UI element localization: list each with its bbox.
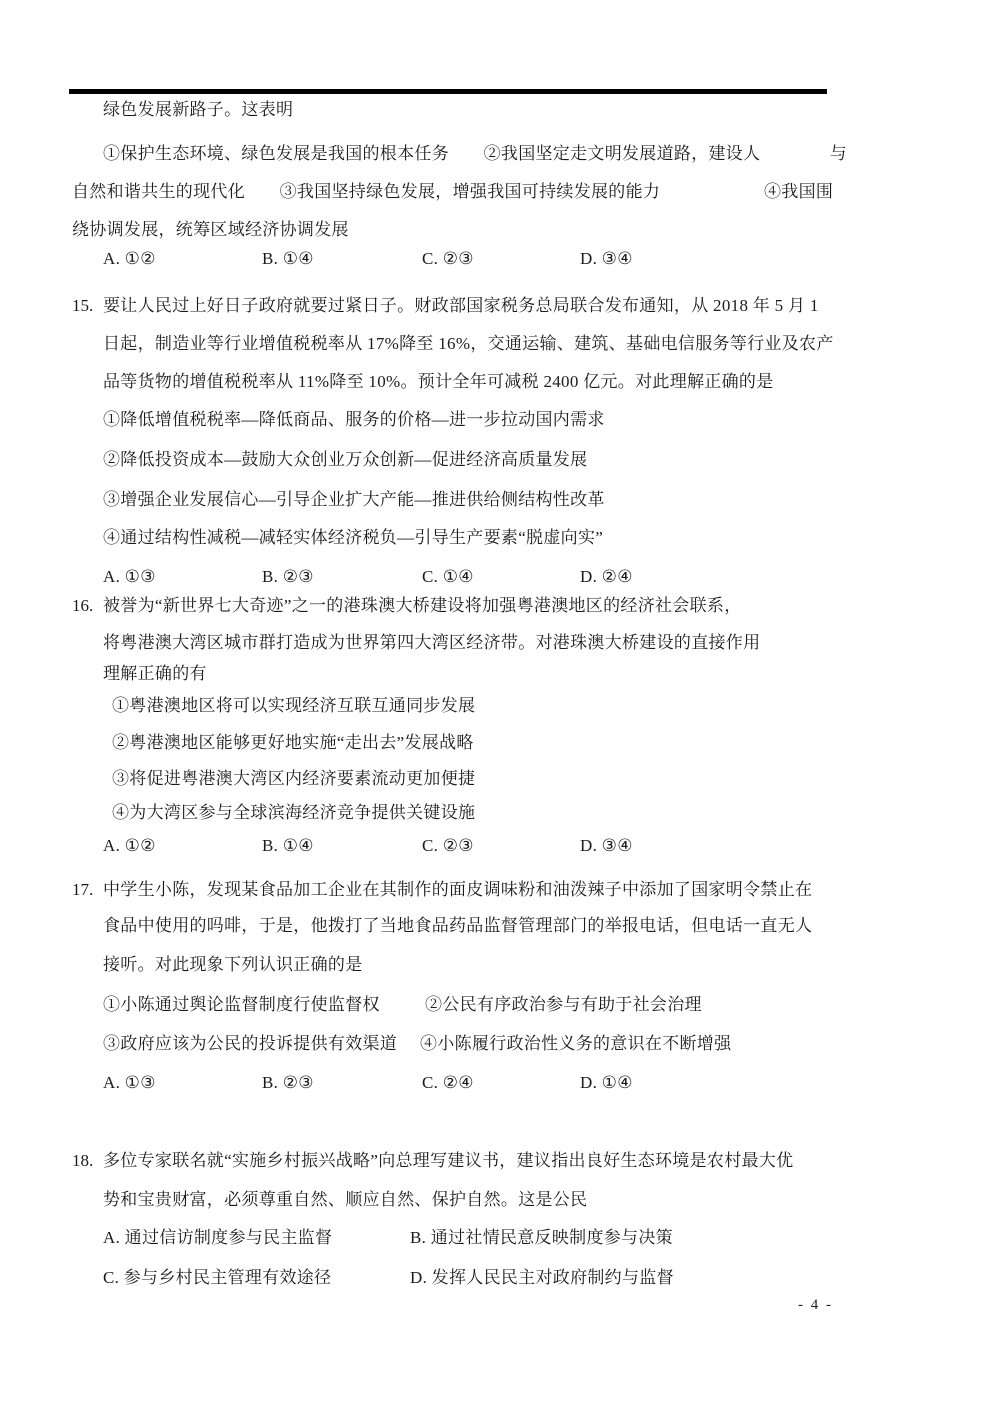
question-15-item: ③增强企业发展信心—引导企业扩大产能—推进供给侧结构性改革 xyxy=(103,491,605,510)
question-17-option-d: D. ①④ xyxy=(580,1074,633,1093)
question-16-option-d: D. ③④ xyxy=(580,837,633,856)
question-15-item: ④通过结构性减税—减轻实体经济税负—引导生产要素“脱虚向实” xyxy=(103,529,603,548)
intro-option-a: A. ①② xyxy=(103,250,156,269)
question-18-stem-line: 多位专家联名就“实施乡村振兴战略”向总理写建议书，建议指出良好生态环境是农村最大… xyxy=(103,1152,793,1171)
question-16-number: 16. xyxy=(72,597,93,616)
question-15-item: ②降低投资成本—鼓励大众创业万众创新—促进经济高质量发展 xyxy=(103,451,587,470)
question-17-stem-line: 中学生小陈，发现某食品加工企业在其制作的面皮调味粉和油泼辣子中添加了国家明令禁止… xyxy=(103,881,812,900)
top-horizontal-rule xyxy=(69,89,827,94)
question-16-item: ①粤港澳地区将可以实现经济互联互通同步发展 xyxy=(112,697,475,716)
question-16-option-b: B. ①④ xyxy=(262,837,314,856)
question-15-stem-line: 要让人民过上好日子政府就要过紧日子。财政部国家税务总局联合发布通知，从 2018… xyxy=(103,297,819,316)
question-17-item: ②公民有序政治参与有助于社会治理 xyxy=(425,996,702,1015)
question-15-option-a: A. ①③ xyxy=(103,568,156,587)
question-17-option-b: B. ②③ xyxy=(262,1074,314,1093)
question-17-stem-line: 接听。对此现象下列认识正确的是 xyxy=(103,956,363,975)
question-15-option-b: B. ②③ xyxy=(262,568,314,587)
intro-option-b: B. ①④ xyxy=(262,250,314,269)
question-17-number: 17. xyxy=(72,881,93,900)
question-16-option-c: C. ②③ xyxy=(422,837,474,856)
page-number: - 4 - xyxy=(798,1297,833,1314)
question-15-option-d: D. ②④ xyxy=(580,568,633,587)
question-15-item: ①降低增值税税率—降低商品、服务的价格—进一步拉动国内需求 xyxy=(103,411,605,430)
question-15-option-c: C. ①④ xyxy=(422,568,474,587)
question-15-stem-line: 日起，制造业等行业增值税税率从 17%降至 16%，交通运输、建筑、基础电信服务… xyxy=(103,335,834,354)
question-17-item: ③政府应该为公民的投诉提供有效渠道 xyxy=(103,1035,397,1054)
question-16-item: ②粤港澳地区能够更好地实施“走出去”发展战略 xyxy=(112,734,474,753)
question-17-item: ①小陈通过舆论监督制度行使监督权 xyxy=(103,996,380,1015)
question-18-option-b: B. 通过社情民意反映制度参与决策 xyxy=(410,1229,673,1248)
question-15-number: 15. xyxy=(72,297,93,316)
question-16-item: ③将促进粤港澳大湾区内经济要素流动更加便捷 xyxy=(112,770,475,789)
question-16-stem-line: 理解正确的有 xyxy=(103,665,207,684)
question-18-stem-line: 势和宝贵财富，必须尊重自然、顺应自然、保护自然。这是公民 xyxy=(103,1191,587,1210)
question-16-item: ④为大湾区参与全球滨海经济竞争提供关键设施 xyxy=(112,804,475,823)
question-17-option-a: A. ①③ xyxy=(103,1074,156,1093)
question-16-stem-line: 被誉为“新世界七大奇迹”之一的港珠澳大桥建设将加强粤港澳地区的经济社会联系， xyxy=(103,597,742,616)
question-17-option-c: C. ②④ xyxy=(422,1074,474,1093)
intro-line: 自然和谐共生的现代化 ③我国坚持绿色发展，增强我国可持续发展的能力 ④我国围 xyxy=(72,183,833,202)
question-18-option-c: C. 参与乡村民主管理有效途径 xyxy=(103,1269,331,1288)
question-18-option-d: D. 发挥人民民主对政府制约与监督 xyxy=(410,1269,674,1288)
exam-page: 绿色发展新路子。这表明 ①保护生态环境、绿色发展是我国的根本任务 ②我国坚定走文… xyxy=(0,0,992,1403)
question-17-item: ④小陈履行政治性义务的意识在不断增强 xyxy=(420,1035,731,1054)
question-18-option-a: A. 通过信访制度参与民主监督 xyxy=(103,1229,332,1248)
intro-option-c: C. ②③ xyxy=(422,250,474,269)
question-17-stem-line: 食品中使用的吗啡，于是，他拨打了当地食品药品监督管理部门的举报电话，但电话一直无… xyxy=(103,917,812,936)
question-16-stem-line: 将粤港澳大湾区城市群打造成为世界第四大湾区经济带。对港珠澳大桥建设的直接作用 xyxy=(103,634,760,653)
intro-line: ①保护生态环境、绿色发展是我国的根本任务 ②我国坚定走文明发展道路，建设人 与 xyxy=(103,145,847,164)
question-18-number: 18. xyxy=(72,1152,93,1171)
intro-line: 绕协调发展，统筹区域经济协调发展 xyxy=(72,221,349,240)
intro-option-d: D. ③④ xyxy=(580,250,633,269)
intro-line: 绿色发展新路子。这表明 xyxy=(103,101,293,120)
question-15-stem-line: 品等货物的增值税税率从 11%降至 10%。预计全年可减税 2400 亿元。对此… xyxy=(103,373,774,392)
question-16-option-a: A. ①② xyxy=(103,837,156,856)
